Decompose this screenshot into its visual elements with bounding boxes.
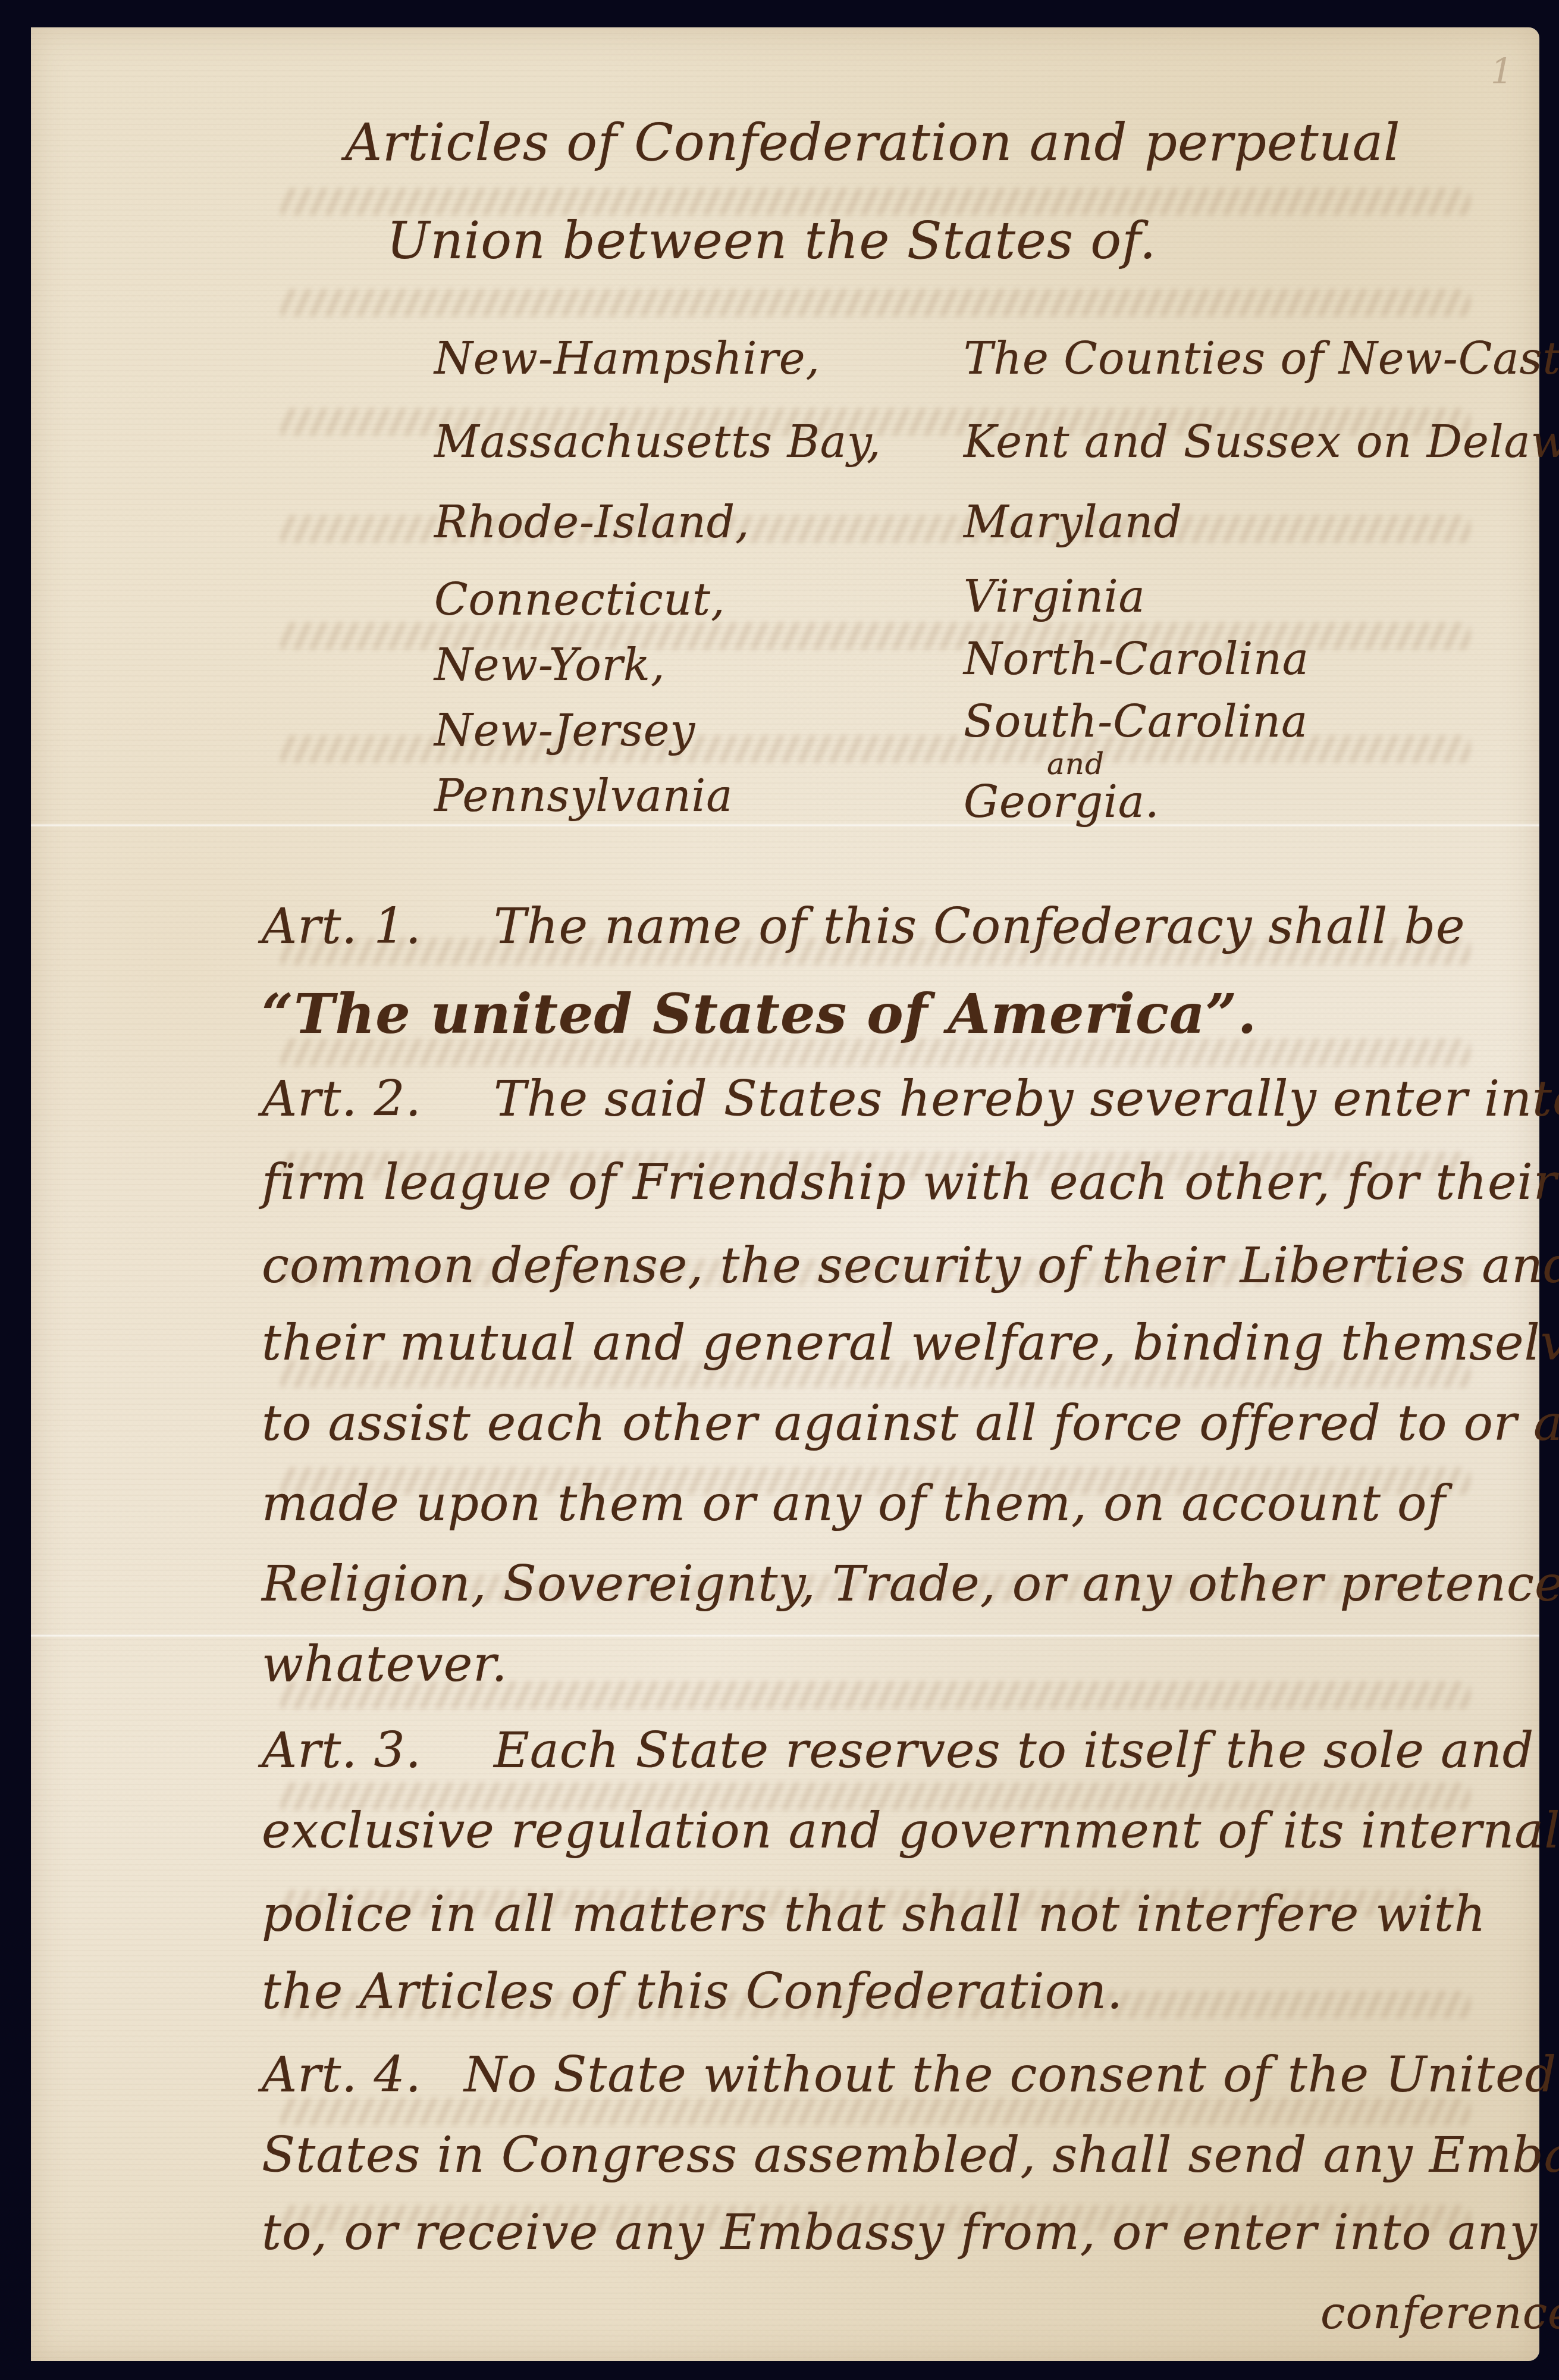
article-text-line: Religion, Sovereignty, Trade, or any oth… bbox=[262, 1556, 1559, 1612]
state-name: Rhode-Island, bbox=[434, 497, 750, 548]
article-text-line: firm league of Friendship with each othe… bbox=[262, 1154, 1557, 1211]
catchword: conference bbox=[1320, 2288, 1559, 2339]
article-text-line: The name of this Confederacy shall be bbox=[494, 898, 1466, 955]
article-text-line: made upon them or any of them, on accoun… bbox=[262, 1476, 1446, 1532]
document-title-line: Articles of Confederation and perpetual bbox=[345, 113, 1401, 173]
state-name: Pennsylvania bbox=[434, 771, 733, 822]
state-name: New-Jersey bbox=[434, 705, 695, 756]
article-label: Art. 4. bbox=[262, 2047, 422, 2103]
state-name: North-Carolina bbox=[964, 634, 1309, 685]
state-name: The Counties of New-Castle bbox=[964, 333, 1559, 384]
state-name: Massachusetts Bay, bbox=[434, 416, 881, 468]
article-text-line: whatever. bbox=[262, 1636, 507, 1693]
state-name: Connecticut, bbox=[434, 574, 726, 625]
article-text-line: States in Congress assembled, shall send… bbox=[262, 2127, 1559, 2184]
state-name: New-Hampshire, bbox=[434, 333, 820, 384]
article-text-line: No State without the consent of the Unit… bbox=[464, 2047, 1557, 2103]
fold-line bbox=[31, 1634, 1539, 1637]
article-text-line: the Articles of this Confederation. bbox=[262, 1963, 1123, 2020]
article-text-line: to assist each other against all force o… bbox=[262, 1395, 1559, 1452]
article-text-line: to, or receive any Embassy from, or ente… bbox=[262, 2204, 1538, 2261]
state-name: Georgia. bbox=[964, 776, 1160, 828]
state-name: Maryland bbox=[964, 497, 1182, 548]
article-text-line: Each State reserves to itself the sole a… bbox=[494, 1723, 1534, 1779]
document-title-line: Union between the States of. bbox=[387, 211, 1156, 271]
state-name: Kent and Sussex on Delaware, bbox=[964, 416, 1559, 468]
state-name: New-York, bbox=[434, 640, 665, 691]
state-name: Virginia bbox=[964, 571, 1146, 622]
article-label: Art. 3. bbox=[262, 1723, 422, 1779]
article-label: Art. 1. bbox=[262, 898, 422, 955]
article-text-line: common defense, the security of their Li… bbox=[262, 1238, 1559, 1294]
state-name: South-Carolina bbox=[964, 696, 1308, 747]
article-text-line: exclusive regulation and government of i… bbox=[262, 1803, 1559, 1859]
bleed-through bbox=[281, 289, 1470, 317]
article-text-line: The said States hereby severally enter i… bbox=[494, 1071, 1559, 1128]
article-text-line: their mutual and general welfare, bindin… bbox=[262, 1315, 1559, 1371]
article-text-line: police in all matters that shall not int… bbox=[262, 1886, 1486, 1943]
fold-line bbox=[31, 823, 1539, 827]
page-number: 1 bbox=[1491, 51, 1513, 93]
article-label: Art. 2. bbox=[262, 1071, 422, 1128]
article-text-line: “The united States of America”. bbox=[262, 982, 1257, 1046]
